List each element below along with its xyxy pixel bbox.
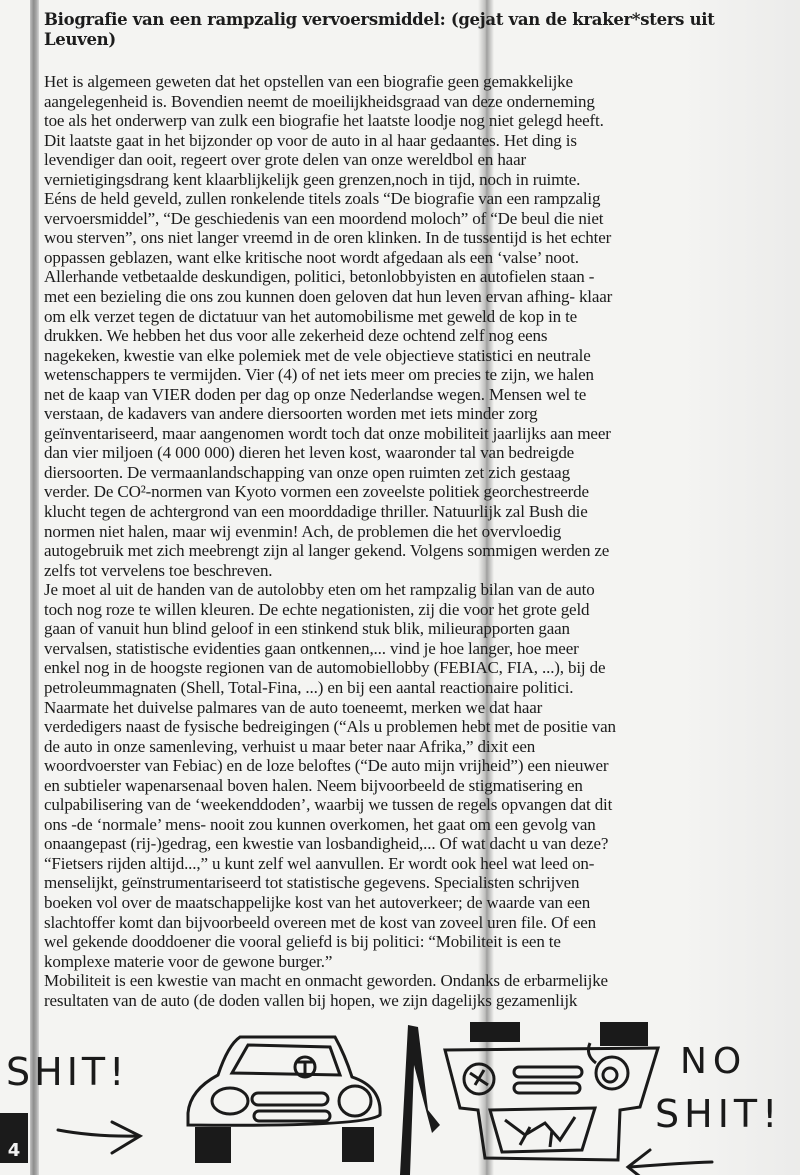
article-line: verstaan, de kadavers van andere diersoo… (44, 404, 784, 424)
scanned-page: Biografie van een rampzalig vervoersmidd… (0, 0, 800, 1175)
article-line: drukken. We hebben het dus voor alle zek… (44, 326, 784, 346)
article: Biografie van een rampzalig vervoersmidd… (44, 10, 784, 1010)
article-line: verdedigers naast de fysische bedreiging… (44, 717, 784, 737)
article-line: geïnventariseerd, maar aangenomen wordt … (44, 424, 784, 444)
article-line: vervalsen, statistische evidenties gaan … (44, 639, 784, 659)
crashed-car-wheel-left (470, 1022, 520, 1042)
article-line: wou sterven”, ons niet langer vreemd in … (44, 228, 784, 248)
article-line: Naarmate het duivelse palmares van de au… (44, 698, 784, 718)
article-line: slachtoffer komt dan bijvoorbeeld overee… (44, 913, 784, 933)
lightning-bolt-icon (400, 1025, 440, 1175)
car-wheel-right (342, 1127, 374, 1162)
article-line: Mobiliteit is een kwestie van macht en o… (44, 971, 784, 991)
arrow-left-icon (628, 1150, 712, 1175)
crashed-car-icon (445, 1043, 658, 1160)
article-line: ons -de ‘normale’ mens- nooit zou kunnen… (44, 815, 784, 835)
article-line: resultaten van de auto (de doden vallen … (44, 991, 784, 1011)
article-line: Je moet al uit de handen van de autolobb… (44, 580, 784, 600)
article-line: wetenschappers te vermijden. Vier (4) of… (44, 365, 784, 385)
article-line: om elk verzet tegen de dictatuur van het… (44, 307, 784, 327)
article-line: de auto in onze samenleving, verhuist u … (44, 737, 784, 757)
article-line: Het is algemeen geweten dat het opstelle… (44, 72, 784, 92)
page-number: 4 (0, 1113, 28, 1163)
article-line: autogebruik met zich meebrengt zijn al l… (44, 541, 784, 561)
article-line: “Fietsers rijden altijd...,” u kunt zelf… (44, 854, 784, 874)
article-line: met een bezieling die ons zou kunnen doe… (44, 287, 784, 307)
arrow-right-icon (58, 1122, 140, 1153)
article-line: verder. De CO²-normen van Kyoto vormen e… (44, 482, 784, 502)
car-wheel-left (195, 1127, 231, 1163)
article-line: dan vier miljoen (4 000 000) dieren het … (44, 443, 784, 463)
crashed-car-wheel-right (600, 1022, 648, 1046)
article-line: en subtieler wapenarsenaal boven halen. … (44, 776, 784, 796)
article-body: Het is algemeen geweten dat het opstelle… (44, 72, 784, 1010)
article-line: aangelegenheid is. Bovendien neemt de mo… (44, 92, 784, 112)
article-line: Allerhande vetbetaalde deskundigen, poli… (44, 267, 784, 287)
right-caption-shit: SHIT! (655, 1092, 782, 1136)
article-line: klucht tegen de achtergrond van een moor… (44, 502, 784, 522)
hand-drawn-cartoon: SHIT! (0, 1015, 800, 1175)
article-line: culpabilisering van de ‘weekenddoden’, w… (44, 795, 784, 815)
article-line: levendiger dan ooit, regeert over grote … (44, 150, 784, 170)
article-line: gaan of vanuit hun blind geloof in een s… (44, 619, 784, 639)
article-line: wel gekende dooddoener die vooral gelief… (44, 932, 784, 952)
article-line: woordvoerster van Febiac) en de loze bel… (44, 756, 784, 776)
article-line: toe als het onderwerp van zulk een biogr… (44, 111, 784, 131)
article-line: boeken vol over de maatschappelijke kost… (44, 893, 784, 913)
right-caption-no: NO (680, 1041, 747, 1082)
article-line: nagekeken, kwestie van elke polemiek met… (44, 346, 784, 366)
article-line: oppassen geblazen, want elke kritische n… (44, 248, 784, 268)
binding-shadow (30, 0, 39, 1175)
article-line: menselijkt, geïnstrumentariseerd tot sta… (44, 873, 784, 893)
article-line: vernietigingsdrang kent klaarblijkelijk … (44, 170, 784, 190)
article-line: onaangepast (rij-)gedrag, een kwestie va… (44, 834, 784, 854)
article-line: normen niet halen, maar wij evenmin! Ach… (44, 522, 784, 542)
article-line: zelfs tot vervelens toe beschreven. (44, 561, 784, 581)
article-line: enkel nog in de hoogste regionen van de … (44, 658, 784, 678)
article-line: petroleummagnaten (Shell, Total-Fina, ..… (44, 678, 784, 698)
intact-car-icon (188, 1037, 380, 1125)
left-caption: SHIT! (6, 1050, 128, 1094)
article-line: Dit laatste gaat in het bijzonder op voo… (44, 131, 784, 151)
article-line: diersoorten. De vermaanlandschapping van… (44, 463, 784, 483)
article-line: vervoersmiddel”, “De geschiedenis van ee… (44, 209, 784, 229)
article-title: Biografie van een rampzalig vervoersmidd… (44, 10, 784, 50)
article-line: komplexe materie voor de gewone burger.” (44, 952, 784, 972)
article-line: net de kaap van VIER doden per dag op on… (44, 385, 784, 405)
article-line: toch nog roze te willen kleuren. De echt… (44, 600, 784, 620)
article-line: Eéns de held geveld, zullen ronkelende t… (44, 189, 784, 209)
